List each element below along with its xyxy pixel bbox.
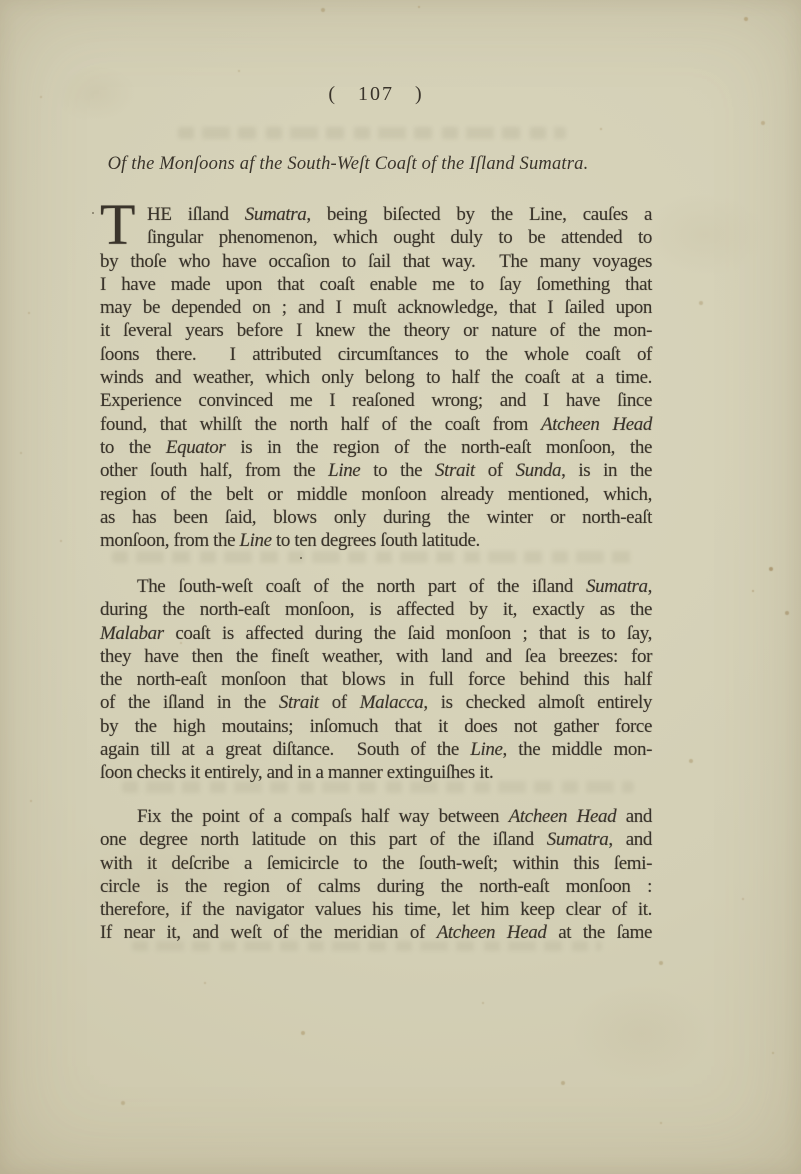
body-text-segment: therefore, if the navigator values his t…	[100, 899, 652, 920]
paragraph-3: Fix the point of a compaſs half way betw…	[100, 805, 652, 945]
show-through-artifact	[112, 551, 632, 563]
body-text-segment: as has been ſaid, blows only during the …	[100, 507, 652, 528]
show-through-artifact	[178, 127, 566, 139]
foxing-specks	[0, 0, 2, 2]
text-line: If near it, and weſt of the meridian of …	[100, 921, 652, 944]
text-line: ſoon checks it entirely, and in a manner…	[100, 761, 652, 784]
italic-text: Line	[328, 460, 360, 481]
text-line: the north-eaſt monſoon that blows in ful…	[100, 668, 652, 691]
body-text-segment: coaſt is affected during the ſaid monſoo…	[164, 623, 652, 644]
text-line: by thoſe who have occaſion to ſail that …	[100, 250, 652, 273]
section-heading: Of the Monſoons af the South-Weſt Coaſt …	[72, 154, 624, 175]
italic-text: Sumatra	[245, 204, 307, 225]
text-line: with it deſcribe a ſemicircle to the ſou…	[100, 852, 652, 875]
italic-text: Line	[240, 530, 272, 551]
body-text-segment: , is checked almoſt entirely	[423, 692, 652, 713]
body-text-segment: one degree north latitude on this part o…	[100, 829, 547, 850]
text-line: it ſeveral years before I knew the theor…	[100, 319, 652, 342]
text-line: I have made upon that coaſt enable me to…	[100, 273, 652, 296]
italic-text: Sunda	[516, 460, 562, 481]
body-text-segment: , and	[608, 829, 652, 850]
text-line: as has been ſaid, blows only during the …	[100, 506, 652, 529]
body-text-segment: again till at a great diſtance. South of…	[100, 739, 470, 760]
body-text-segment: to the	[100, 437, 166, 458]
text-line: found, that whilſt the north half of the…	[100, 413, 652, 436]
body-text-segment: at the ſame	[546, 922, 652, 943]
text-line: they have then the fineſt weather, with …	[100, 645, 652, 668]
body-text-segment: HE iſland	[147, 204, 245, 225]
italic-text: Malabar	[100, 623, 164, 644]
italic-text: Sumatra	[586, 576, 648, 597]
body-text-segment: is in the region of the north-eaſt monſo…	[225, 437, 652, 458]
text-line: other ſouth half, from the Line to the S…	[100, 459, 652, 482]
body-text-segment: by thoſe who have occaſion to ſail that …	[100, 251, 652, 272]
body-text-segment: ,	[648, 576, 652, 597]
body-text-segment: ſingular phenomenon, which ought duly to…	[147, 227, 652, 248]
text-line: monſoon, from the Line to ten degrees ſo…	[100, 529, 652, 552]
scanned-book-page: ( 107 ) Of the Monſoons af the South-Weſ…	[0, 0, 801, 1174]
body-text-segment: circle is the region of calms during the…	[100, 876, 652, 897]
body-text-segment: found, that whilſt the north half of the…	[100, 414, 541, 435]
paragraph-2: The ſouth-weſt coaſt of the north part o…	[100, 575, 652, 785]
text-line: one degree north latitude on this part o…	[100, 828, 652, 851]
body-text-segment: they have then the fineſt weather, with …	[100, 646, 652, 667]
body-text-segment: the north-eaſt monſoon that blows in ful…	[100, 669, 652, 690]
drop-cap: T	[100, 203, 147, 249]
body-text-segment: Fix the point of a compaſs half way betw…	[137, 806, 509, 827]
body-text-segment: by the high moutains; inſomuch that it d…	[100, 716, 652, 737]
body-text-segment: monſoon, from the	[100, 530, 240, 551]
body-text-segment: If near it, and weſt of the meridian of	[100, 922, 437, 943]
text-line: HE iſland Sumatra, being biſected by the…	[100, 203, 652, 226]
text-line: Fix the point of a compaſs half way betw…	[100, 805, 652, 828]
italic-text: Malacca	[360, 692, 424, 713]
text-line: by the high moutains; inſomuch that it d…	[100, 715, 652, 738]
italic-text: Strait	[435, 460, 475, 481]
text-line: The ſouth-weſt coaſt of the north part o…	[100, 575, 652, 598]
body-text-segment: , the middle mon-	[503, 739, 652, 760]
text-line: again till at a great diſtance. South of…	[100, 738, 652, 761]
body-text-segment: Experience convinced me I reaſoned wrong…	[100, 390, 652, 411]
body-text-segment: and	[616, 806, 652, 827]
paragraph-1: THE iſland Sumatra, being biſected by th…	[100, 203, 652, 552]
page-number: ( 107 )	[100, 83, 652, 106]
body-text-segment: , being biſected by the Line, cauſes a	[306, 204, 652, 225]
body-text-segment: region of the belt or middle monſoon alr…	[100, 484, 652, 505]
text-line: to the Equator is in the region of the n…	[100, 436, 652, 459]
italic-text: Line	[470, 739, 502, 760]
text-line: winds and weather, which only belong to …	[100, 366, 652, 389]
body-text-segment: during the north-eaſt monſoon, is affect…	[100, 599, 652, 620]
body-text-segment: I have made upon that coaſt enable me to…	[100, 274, 652, 295]
body-text-segment: of the iſland in the	[100, 692, 279, 713]
text-line: Experience convinced me I reaſoned wrong…	[100, 389, 652, 412]
body-text-segment: ſoons there. I attributed circumſtances …	[100, 344, 652, 365]
text-line: region of the belt or middle monſoon alr…	[100, 483, 652, 506]
body-text-segment: other ſouth half, from the	[100, 460, 328, 481]
text-line: during the north-eaſt monſoon, is affect…	[100, 598, 652, 621]
body-text-segment: The ſouth-weſt coaſt of the north part o…	[137, 576, 586, 597]
body-text-segment: , is in the	[561, 460, 652, 481]
body-text-segment: of	[475, 460, 516, 481]
italic-text: Atcheen Head	[541, 414, 652, 435]
text-line: may be depended on ; and I muſt acknowle…	[100, 296, 652, 319]
italic-text: Atcheen Head	[509, 806, 617, 827]
text-line: therefore, if the navigator values his t…	[100, 898, 652, 921]
body-text-segment: of	[319, 692, 360, 713]
italic-text: Atcheen Head	[437, 922, 547, 943]
text-line: Malabar coaſt is affected during the ſai…	[100, 622, 652, 645]
body-text-segment: it ſeveral years before I knew the theor…	[100, 320, 652, 341]
body-text-segment: to ten degrees ſouth latitude.	[272, 530, 480, 551]
text-line: of the iſland in the Strait of Malacca, …	[100, 691, 652, 714]
text-line: ſingular phenomenon, which ought duly to…	[100, 226, 652, 249]
italic-text: Strait	[279, 692, 319, 713]
body-text-segment: with it deſcribe a ſemicircle to the ſou…	[100, 853, 652, 874]
text-line: circle is the region of calms during the…	[100, 875, 652, 898]
italic-text: Sumatra	[547, 829, 609, 850]
body-text-segment: to the	[360, 460, 435, 481]
italic-text: Equator	[166, 437, 225, 458]
text-line: ſoons there. I attributed circumſtances …	[100, 343, 652, 366]
body-text-segment: may be depended on ; and I muſt acknowle…	[100, 297, 652, 318]
body-text-segment: ſoon checks it entirely, and in a manner…	[100, 762, 493, 783]
body-text-segment: winds and weather, which only belong to …	[100, 367, 652, 388]
